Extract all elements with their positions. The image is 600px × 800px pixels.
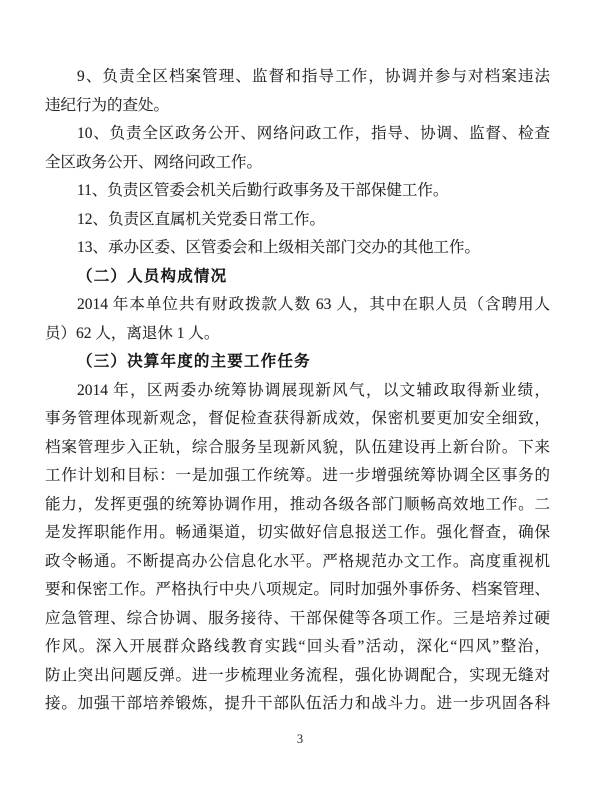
text-line: 11、负责区管委会机关后勤行政事务及干部保健工作。 [45, 177, 550, 206]
text-line: 能力，发挥更强的统筹协调作用，推动各级各部门顺畅高效地工作。二 [45, 491, 550, 520]
text-line: 防止突出问题反弹。进一步梳理业务流程，强化协调配合，实现无缝对 [45, 662, 550, 691]
text-line: 政令畅通。不断提高办公信息化水平。严格规范办文工作。高度重视机 [45, 548, 550, 577]
text-line: 13、承办区委、区管委会和上级相关部门交办的其他工作。 [45, 234, 550, 263]
text-line: 全区政务公开、网络问政工作。 [45, 149, 550, 178]
text-line: 应急管理、综合协调、服务接待、干部保健等各项工作。三是培养过硬 [45, 605, 550, 634]
text-line: 12、负责区直属机关党委日常工作。 [45, 206, 550, 235]
text-line: 员）62 人，离退休 1 人。 [45, 320, 550, 349]
section-heading: （三）决算年度的主要工作任务 [45, 348, 550, 377]
text-line: 2014 年，区两委办统筹协调展现新风气，以文辅政取得新业绩， [45, 377, 550, 406]
text-block: 9、负责全区档案管理、监督和指导工作，协调并参与对档案违法违纪行为的查处。10、… [45, 63, 550, 719]
text-line: 9、负责全区档案管理、监督和指导工作，协调并参与对档案违法 [45, 63, 550, 92]
section-heading: （二）人员构成情况 [45, 263, 550, 292]
text-line: 档案管理步入正轨，综合服务呈现新风貌，队伍建设再上新台阶。下来 [45, 434, 550, 463]
text-line: 工作计划和目标：一是加强工作统筹。进一步增强统筹协调全区事务的 [45, 462, 550, 491]
text-line: 是发挥职能作用。畅通渠道，切实做好信息报送工作。强化督查，确保 [45, 519, 550, 548]
text-line: 接。加强干部培养锻炼，提升干部队伍活力和战斗力。进一步巩固各科 [45, 690, 550, 719]
page-footer: 3 [0, 730, 600, 748]
document-page: 9、负责全区档案管理、监督和指导工作，协调并参与对档案违法违纪行为的查处。10、… [0, 0, 600, 800]
text-line: 作风。深入开展群众路线教育实践“回头看”活动，深化“四风”整治， [45, 633, 550, 662]
page-number: 3 [297, 732, 303, 746]
text-line: 事务管理体现新观念，督促检查获得新成效，保密机要更加安全细致， [45, 405, 550, 434]
text-line: 违纪行为的查处。 [45, 92, 550, 121]
text-line: 要和保密工作。严格执行中央八项规定。同时加强外事侨务、档案管理、 [45, 576, 550, 605]
text-line: 10、负责全区政务公开、网络问政工作，指导、协调、监督、检查 [45, 120, 550, 149]
text-line: 2014 年本单位共有财政拨款人数 63 人，其中在职人员（含聘用人 [45, 291, 550, 320]
